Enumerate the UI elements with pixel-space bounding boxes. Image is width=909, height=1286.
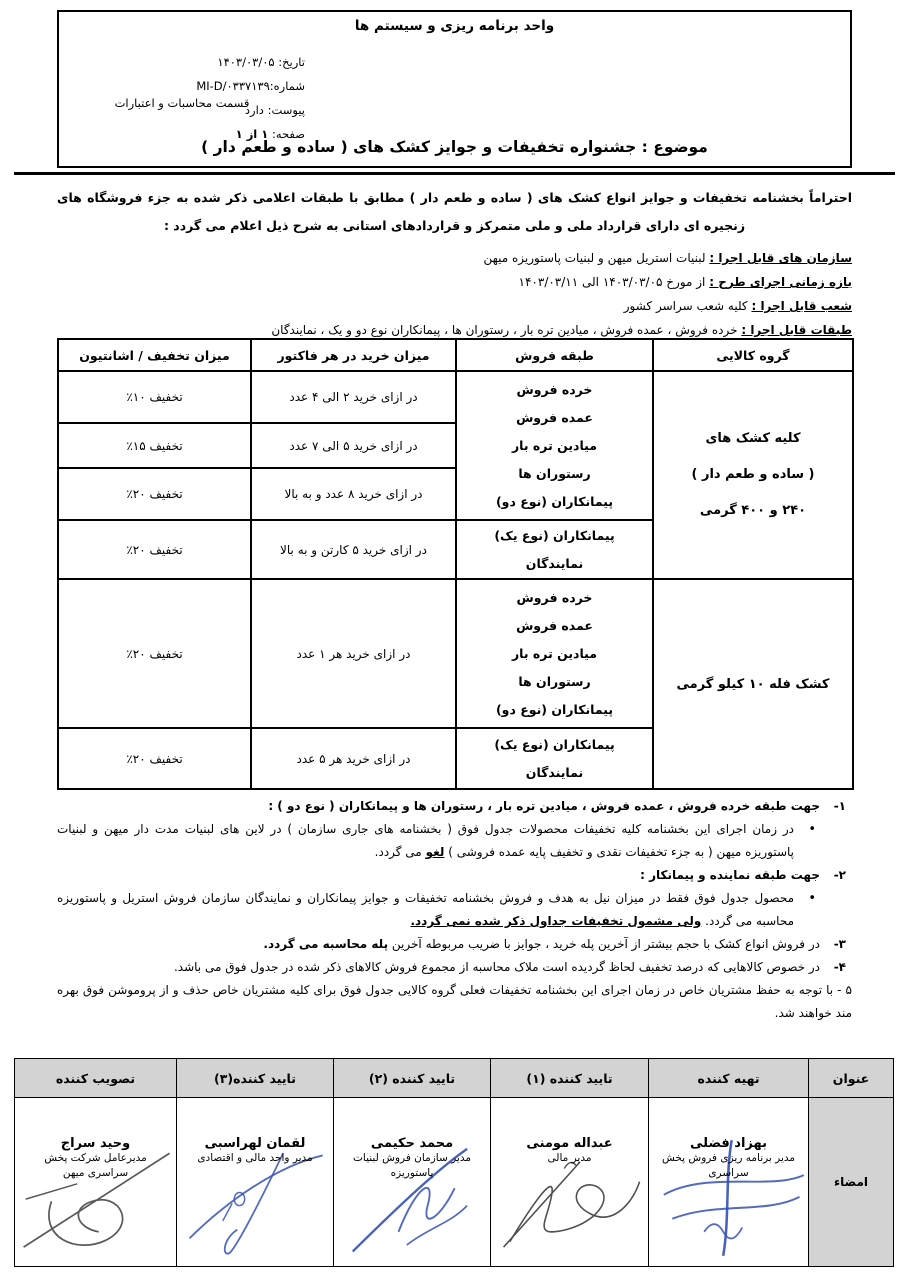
- signer-name: بهزاد فضلی: [649, 1136, 808, 1151]
- discount-table: گروه کالایی طبقه فروش میزان خرید در هر ف…: [57, 338, 854, 790]
- intro-paragraph: احتراماً بخشنامه تخفیفات و جوایز انواع ک…: [57, 184, 852, 240]
- signature-cell-final-approver: وحید سراج مدیرعامل شرکت پخش سراسری میهن: [15, 1098, 177, 1267]
- purchase-tier-1: در ازای خرید ۲ الی ۴ عدد: [251, 371, 456, 423]
- header-divider-rule: [14, 172, 895, 175]
- letter-body: احتراماً بخشنامه تخفیفات و جوایز انواع ک…: [57, 184, 852, 342]
- department-label: قسمت محاسبات و اعتبارات: [97, 96, 267, 110]
- sig-col-title: عنوان: [809, 1059, 894, 1098]
- discount-tier-6: ٪۲۰ تخفیف: [58, 728, 251, 789]
- note-2-heading: ۲-جهت طبقه نماینده و پیمانکار :: [57, 864, 852, 887]
- col-header-discount: میزان تخفیف / اشانتیون: [58, 339, 251, 371]
- subject-line: موضوع : جشنواره تخفیفات و جوایز کشک های …: [59, 138, 850, 156]
- signature-cell-approver-2: محمد حکیمی مدیر سازمان فروش لبنیات پاستو…: [334, 1098, 491, 1267]
- signature-table: عنوان تهیه کننده تایید کننده (۱) تایید ک…: [14, 1058, 894, 1267]
- signer-name: لقمان لهراسبی: [177, 1136, 333, 1151]
- note-4: ۴-در خصوص کالاهایی که درصد تخفیف لحاظ گر…: [57, 956, 852, 979]
- document-page: واحد برنامه ریزی و سیستم ها تاریخ: ۱۴۰۳/…: [0, 0, 909, 1286]
- col-header-product-group: گروه کالایی: [653, 339, 853, 371]
- execution-fields: سازمان های قابل اجرا : لبنیات استریل میه…: [57, 246, 852, 342]
- signature-body-row: امضاء بهزاد فضلی مدیر برنامه ریزی فروش پ…: [15, 1098, 894, 1267]
- note-1-bullet: در زمان اجرای این بخشنامه کلیه تخفیفات م…: [57, 818, 852, 864]
- signature-header-row: عنوان تهیه کننده تایید کننده (۱) تایید ک…: [15, 1059, 894, 1098]
- notes-section: ۱-جهت طبقه خرده فروش ، عمده فروش ، میادی…: [57, 795, 852, 1025]
- signature-cell-approver-1: عبداله مومنی مدیر مالی: [491, 1098, 649, 1267]
- sales-class-a: خرده فروش عمده فروش میادین تره بار رستور…: [456, 371, 653, 520]
- purchase-tier-3: در ازای خرید ۸ عدد و به بالا: [251, 468, 456, 520]
- table-row: کلیه کشک های ( ساده و طعم دار ) ۲۴۰ و ۴۰…: [58, 371, 853, 423]
- discount-tier-2: ٪۱۵ تخفیف: [58, 423, 251, 468]
- signer-name: محمد حکیمی: [334, 1136, 490, 1151]
- discount-tier-1: ٪۱۰ تخفیف: [58, 371, 251, 423]
- purchase-tier-6: در ازای خرید هر ۵ عدد: [251, 728, 456, 789]
- unit-title: واحد برنامه ریزی و سیستم ها: [59, 18, 850, 34]
- purchase-tier-2: در ازای خرید ۵ الی ۷ عدد: [251, 423, 456, 468]
- meta-date: تاریخ: ۱۴۰۳/۰۳/۰۵: [75, 50, 305, 74]
- signature-cell-preparer: بهزاد فضلی مدیر برنامه ریزی فروش پخش سرا…: [649, 1098, 809, 1267]
- signature-cell-approver-3: لقمان لهراسبی مدیر واحد مالی و اقتصادی: [177, 1098, 334, 1267]
- table-row: کشک فله ۱۰ کیلو گرمی خرده فروش عمده فروش…: [58, 579, 853, 728]
- field-branches: شعب قابل اجرا : کلیه شعب سراسر کشور: [57, 294, 852, 318]
- signer-name: وحید سراج: [15, 1136, 176, 1151]
- sales-class-d: پیمانکاران (نوع یک) نمایندگان: [456, 728, 653, 789]
- col-header-sales-class: طبقه فروش: [456, 339, 653, 371]
- signer-role: سراسری: [649, 1166, 808, 1181]
- discount-tier-3: ٪۲۰ تخفیف: [58, 468, 251, 520]
- sig-col-approver-1: تایید کننده (۱): [491, 1059, 649, 1098]
- sales-class-b: پیمانکاران (نوع یک) نمایندگان: [456, 520, 653, 579]
- discount-tier-5: ٪۲۰ تخفیف: [58, 579, 251, 728]
- discount-table-header-row: گروه کالایی طبقه فروش میزان خرید در هر ف…: [58, 339, 853, 371]
- sig-col-approver-3: تایید کننده(۳): [177, 1059, 334, 1098]
- note-3: ۳-در فروش انواع کشک با حجم بیشتر از آخری…: [57, 933, 852, 956]
- signer-role: مدیر سازمان فروش لبنیات: [334, 1151, 490, 1166]
- meta-number: شماره:MI-D/۰۳۳۷۱۳۹: [75, 74, 305, 98]
- product-group-1: کلیه کشک های ( ساده و طعم دار ) ۲۴۰ و ۴۰…: [653, 371, 853, 579]
- signer-role: سراسری میهن: [15, 1166, 176, 1181]
- col-header-purchase-amount: میزان خرید در هر فاکتور: [251, 339, 456, 371]
- discount-tier-4: ٪۲۰ تخفیف: [58, 520, 251, 579]
- purchase-tier-4: در ازای خرید ۵ کارتن و به بالا: [251, 520, 456, 579]
- signer-name: عبداله مومنی: [491, 1136, 648, 1151]
- sig-col-final-approver: تصویب کننده: [15, 1059, 177, 1098]
- purchase-tier-5: در ازای خرید هر ۱ عدد: [251, 579, 456, 728]
- note-5: ۵ - با توجه به حفظ مشتریان خاص در زمان ا…: [57, 979, 852, 1025]
- signature-row-label: امضاء: [809, 1098, 894, 1267]
- note-1-heading: ۱-جهت طبقه خرده فروش ، عمده فروش ، میادی…: [57, 795, 852, 818]
- letterhead-box: واحد برنامه ریزی و سیستم ها تاریخ: ۱۴۰۳/…: [57, 10, 852, 168]
- signer-role: مدیر برنامه ریزی فروش پخش: [649, 1151, 808, 1166]
- field-organizations: سازمان های قابل اجرا : لبنیات استریل میه…: [57, 246, 852, 270]
- field-timeframe: بازه زمانی اجرای طرح : از مورخ ۱۴۰۳/۰۳/۰…: [57, 270, 852, 294]
- signer-role: مدیر مالی: [491, 1151, 648, 1166]
- product-group-2: کشک فله ۱۰ کیلو گرمی: [653, 579, 853, 789]
- signer-role: مدیرعامل شرکت پخش: [15, 1151, 176, 1166]
- sig-col-approver-2: تایید کننده (۲): [334, 1059, 491, 1098]
- signer-role: پاستوریزه: [334, 1166, 490, 1181]
- sig-col-preparer: تهیه کننده: [649, 1059, 809, 1098]
- sales-class-c: خرده فروش عمده فروش میادین تره بار رستور…: [456, 579, 653, 728]
- signer-role: مدیر واحد مالی و اقتصادی: [177, 1151, 333, 1166]
- note-2-bullet: محصول جدول فوق فقط در میزان نیل به هدف و…: [57, 887, 852, 933]
